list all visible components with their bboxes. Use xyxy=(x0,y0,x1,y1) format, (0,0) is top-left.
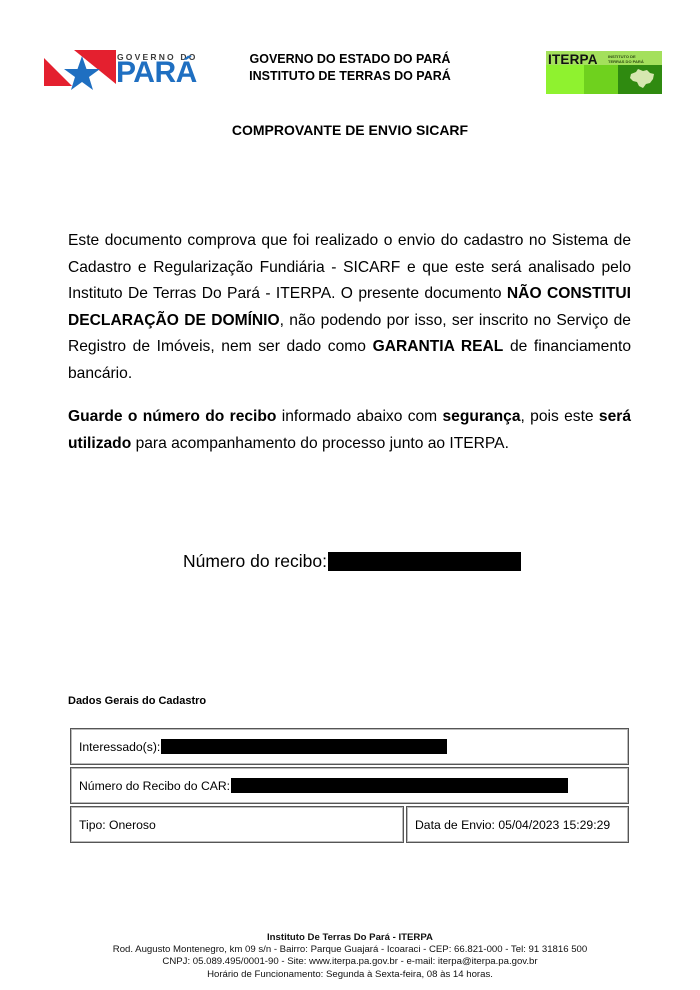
car-receipt-label: Número do Recibo do CAR: xyxy=(79,779,230,793)
logo-big-text: PARÁ xyxy=(116,58,197,88)
tipo-field: Tipo: Oneroso xyxy=(70,806,404,843)
footer-title: Instituto De Terras Do Pará - ITERPA xyxy=(0,932,700,944)
footer-address: Rod. Augusto Montenegro, km 09 s/n - Bai… xyxy=(0,944,700,956)
footer-hours: Horário de Funcionamento: Segunda à Sext… xyxy=(0,969,700,981)
iterpa-logo: ITERPA INSTITUTO DE TERRAS DO PARÁ xyxy=(546,51,662,94)
data-envio-value: Data de Envio: 05/04/2023 15:29:29 xyxy=(415,818,610,832)
interessado-field: Interessado(s): xyxy=(70,728,629,765)
car-receipt-field: Número do Recibo do CAR: xyxy=(70,767,629,804)
interessado-redacted xyxy=(161,739,447,754)
para-flag-star-icon xyxy=(44,50,116,90)
footer: Instituto De Terras Do Pará - ITERPA Rod… xyxy=(0,932,700,981)
receipt-number-label: Número do recibo: xyxy=(183,551,327,572)
receipt-number-redacted xyxy=(328,552,521,571)
governo-do-para-logo: GOVERNO DO PARÁ xyxy=(44,50,204,90)
data-envio-field: Data de Envio: 05/04/2023 15:29:29 xyxy=(406,806,629,843)
header-titles: GOVERNO DO ESTADO DO PARÁ INSTITUTO DE T… xyxy=(200,51,500,85)
iterpa-logo-name: ITERPA xyxy=(548,52,598,67)
receipt-notice-paragraph: Guarde o número do recibo informado abai… xyxy=(68,404,631,457)
document-title: COMPROVANTE DE ENVIO SICARF xyxy=(0,122,700,138)
iterpa-logo-subtitle: INSTITUTO DE TERRAS DO PARÁ xyxy=(608,54,644,64)
footer-contact: CNPJ: 05.089.495/0001-90 - Site: www.ite… xyxy=(0,956,700,968)
interessado-label: Interessado(s): xyxy=(79,740,160,754)
header-title-state: GOVERNO DO ESTADO DO PARÁ xyxy=(200,51,500,68)
car-receipt-redacted xyxy=(231,778,568,793)
receipt-number: Número do recibo: xyxy=(183,551,521,572)
intro-paragraph: Este documento comprova que foi realizad… xyxy=(68,228,631,387)
cadastro-section-title: Dados Gerais do Cadastro xyxy=(68,695,206,707)
para-map-icon xyxy=(628,68,656,90)
tipo-value: Tipo: Oneroso xyxy=(79,818,156,832)
header-title-institute: INSTITUTO DE TERRAS DO PARÁ xyxy=(200,68,500,85)
